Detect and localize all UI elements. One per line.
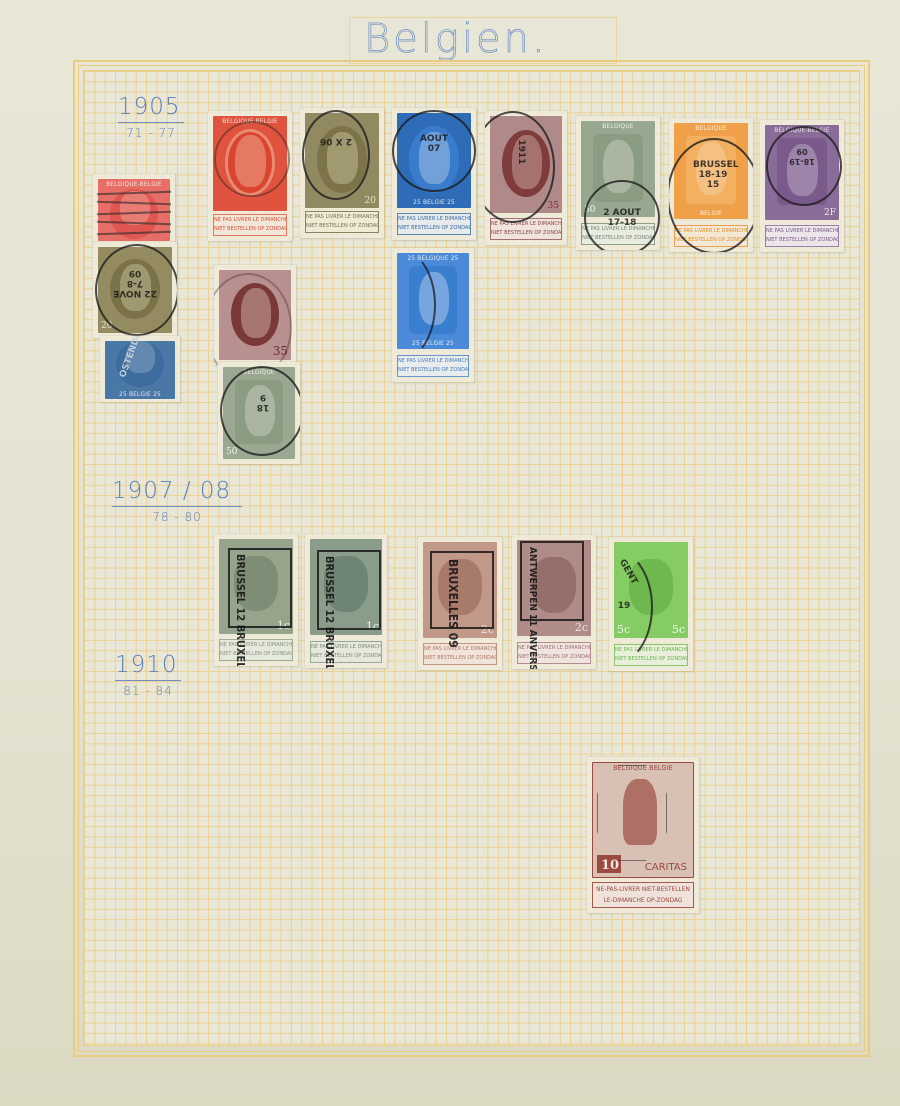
stamp-value: 5c (617, 623, 630, 636)
stamp-value: 10 (601, 858, 619, 873)
stamp-value: 2c (481, 623, 494, 636)
stamp-footer: BELGIE (674, 209, 748, 217)
stamp-value: 50 (584, 205, 595, 215)
section-range: 81 - 84 (115, 684, 181, 698)
stamp-tab: NE PAS LIVRER LE DIMANCHE NIET BESTELLEN… (490, 218, 562, 240)
stamp-tab: NE-PAS-LIVRER NIET-BESTELLEN LE-DIMANCHE… (592, 882, 694, 908)
tab-line-1: NE PAS LIVRER LE DIMANCHE (766, 228, 839, 234)
stamp-label: CARITAS (645, 862, 687, 873)
tab-line-1: NE PAS LIVRER LE DIMANCHE (582, 226, 655, 232)
king-head-icon (603, 140, 634, 193)
tab-line-1: NE PAS LIVRER LE DIMANCHE (675, 228, 748, 234)
tab-line-2: NIET BESTELLEN OP ZONDAG (398, 367, 469, 373)
stamp-1c-grey-green-a[interactable]: 1c NE PAS LIVRER LE DIMANCHE NIET BESTEL… (214, 534, 298, 666)
tab-line-1: NE PAS LIVRER LE DIMANCHE (306, 214, 379, 220)
stamp-value: 2c (575, 621, 588, 634)
tab-line-2: NIET BESTELLEN OP ZONDAG (398, 225, 471, 231)
tab-line-1: NE PAS LIVRER LE DIMANCHE (518, 645, 591, 651)
stamp-design: 35 (219, 270, 291, 360)
section-rule (112, 506, 242, 507)
page-title-box: Belgien. (349, 17, 617, 64)
section-label-1905: 1905 71 - 77 (118, 94, 184, 140)
tab-line-1: NE PAS LIVRER LE DIMANCHE (311, 644, 382, 650)
tab-line-2: NIET BESTELLEN OP ZONDAG (518, 654, 591, 660)
tab-line-1: NE PAS LIVRER LE DIMANCHE (491, 221, 562, 227)
stamp-header: 25 BELGIQUE 25 (397, 254, 469, 262)
stamp-header: BELGIQUE (223, 368, 295, 376)
tab-line-1: NE PAS LIVRER LE DIMANCHE (220, 642, 293, 648)
stamp-tab: NE PAS LIVRER LE DIMANCHE NIET BESTELLEN… (765, 225, 839, 247)
tab-line-2: LE-DIMANCHE OP-ZONDAG (604, 896, 683, 904)
section-label-1907-08: 1907 / 08 78 - 80 (112, 478, 242, 524)
tab-line-1: NE PAS LIVRER LE DIMANCHE (398, 358, 469, 364)
stamp-50c-grey[interactable]: BELGIQUE 50 NE PAS LIVRER LE DIMANCHE NI… (576, 116, 660, 250)
stamp-design: 35 (490, 116, 562, 213)
stamp-tab: NE PAS LIVRER LE DIMANCHE NIET BESTELLEN… (397, 355, 469, 377)
stamp-value: 35 (548, 201, 559, 211)
tab-line-2: NIET BESTELLEN OP ZONDAG (766, 237, 839, 243)
section-year: 1910 (115, 652, 181, 678)
stamp-header: BELGIQUE (674, 124, 748, 132)
stamp-design: 25 BELGIE 25 (397, 113, 471, 208)
stamp-5c-green[interactable]: 5c 5c NE PAS LIVRER LE DIMANCHE NIET BES… (609, 537, 693, 671)
stamp-20c-olive-no-tab[interactable]: 20 22 NOVE7-809 (93, 242, 177, 338)
stamp-design: BELGIQUE BELGIE (674, 123, 748, 219)
tab-line-2: NIET BESTELLEN OP ZONDAG (582, 235, 655, 241)
section-label-1910: 1910 81 - 84 (115, 652, 181, 698)
coat-of-arms-icon (234, 556, 278, 611)
stamp-header: BELGIQUE-BELGIE (98, 180, 170, 188)
stamp-10c-red-no-tab[interactable]: BELGIQUE-BELGIE (93, 174, 175, 244)
coat-of-arms-icon (324, 556, 367, 612)
section-year: 1907 / 08 (112, 478, 242, 504)
king-head-icon (120, 191, 150, 225)
stamp-tab: NE PAS LIVRER LE DIMANCHE NIET BESTELLEN… (310, 641, 382, 663)
tab-line-1: NE PAS LIVRER LE DIMANCHE (214, 217, 287, 223)
king-head-icon (235, 135, 266, 187)
stamp-value: 5c (672, 623, 685, 636)
tab-line-2: NIET BESTELLEN OP ZONDAG (311, 653, 382, 659)
stamp-10c-caritas[interactable]: BELGIQUE BELGIE 10 CARITAS NE-PAS-LIVRER… (587, 757, 699, 913)
king-head-icon (241, 288, 271, 338)
stamp-design: 5c 5c (614, 542, 688, 638)
stamp-design: 25 BELGIQUE 25 25 BELGIE 25 (397, 253, 469, 349)
coat-of-arms-icon (438, 559, 482, 615)
coat-of-arms-icon (629, 559, 673, 615)
stamp-25c-blue[interactable]: 25 BELGIE 25 NE PAS LIVRER LE DIMANCHE N… (392, 108, 476, 240)
tab-line-2: NIET BESTELLEN OP ZONDAG (424, 655, 497, 661)
king-head-icon (126, 341, 155, 373)
tab-line-2: NIET BESTELLEN OP ZONDAG (220, 651, 293, 657)
stamp-design: BELGIQUE 50 (581, 121, 655, 217)
stamp-1c-grey-green-b[interactable]: 1c NE PAS LIVRER LE DIMANCHE NIET BESTEL… (305, 534, 387, 668)
stamp-2c-brown-b[interactable]: 2c NE PAS LIVRER LE DIMANCHE NIET BESTEL… (512, 535, 596, 669)
section-range: 78 - 80 (112, 510, 242, 524)
section-year: 1905 (118, 94, 184, 120)
king-head-icon (696, 142, 727, 195)
stamp-1f-orange[interactable]: BELGIQUE BELGIE NE PAS LIVRER LE DIMANCH… (669, 118, 753, 252)
king-head-icon (512, 135, 542, 188)
stamp-tab: NE PAS LIVRER LE DIMANCHE NIET BESTELLEN… (614, 644, 688, 666)
stamp-design: BELGIQUE-BELGIE (98, 179, 170, 241)
section-range: 71 - 77 (118, 126, 184, 140)
stamp-design: 1c (310, 539, 382, 635)
stamp-10c-red[interactable]: BELGIQUE-BELGIE NE PAS LIVRER LE DIMANCH… (208, 111, 292, 241)
stamp-50c-grey-no-tab[interactable]: BELGIQUE 50 189 (218, 362, 300, 464)
stamp-35c-brown-no-tab[interactable]: 35 (214, 265, 296, 365)
tab-line-1: NE PAS LIVRER LE DIMANCHE (398, 216, 471, 222)
stamp-footer: 25 BELGIE 25 (105, 390, 175, 398)
stamp-header: BELGIQUE-BELGIE (765, 126, 839, 134)
stamp-design: 2c (517, 540, 591, 636)
stamp-value: 1c (277, 619, 290, 632)
stamp-35c-brown[interactable]: 35 NE PAS LIVRER LE DIMANCHE NIET BESTEL… (485, 111, 567, 245)
stamp-25c-blue-no-tab[interactable]: 25 BELGIE 25 OSTENDE (100, 336, 180, 402)
king-head-icon (419, 132, 450, 184)
stamp-header: BELGIQUE (581, 122, 655, 130)
stamp-design: 20 (98, 247, 172, 333)
stamp-tab: NE PAS LIVRER LE DIMANCHE NIET BESTELLEN… (219, 639, 293, 661)
stamp-tab: NE PAS LIVRER LE DIMANCHE NIET BESTELLEN… (397, 213, 471, 235)
tab-line-2: NIET BESTELLEN OP ZONDAG (491, 230, 562, 236)
stamp-tab: NE PAS LIVRER LE DIMANCHE NIET BESTELLEN… (213, 214, 287, 236)
stamp-tab: NE PAS LIVRER LE DIMANCHE NIET BESTELLEN… (305, 211, 379, 233)
king-head-icon (120, 264, 151, 311)
stamp-value: 50 (226, 447, 237, 457)
stamp-design: 2c (423, 542, 497, 638)
king-head-icon (419, 272, 449, 325)
stamp-value: 20 (365, 196, 376, 206)
tab-line-1: NE-PAS-LIVRER NIET-BESTELLEN (596, 885, 690, 893)
stamp-value: 35 (273, 344, 288, 358)
stamp-value: 1c (366, 620, 379, 633)
stamp-footer: 25 BELGIE 25 (397, 198, 471, 206)
stamp-header: BELGIQUE-BELGIE (213, 117, 287, 125)
stamp-design: 20 (305, 113, 379, 208)
stamp-20c-olive[interactable]: 20 NE PAS LIVRER LE DIMANCHE NIET BESTEL… (300, 108, 384, 238)
stamp-2c-brown-a[interactable]: 2c NE PAS LIVRER LE DIMANCHE NIET BESTEL… (418, 537, 502, 670)
stamp-25c-blue-2[interactable]: 25 BELGIQUE 25 25 BELGIE 25 NE PAS LIVRE… (392, 248, 474, 382)
tab-line-1: NE PAS LIVRER LE DIMANCHE (615, 647, 688, 653)
king-head-icon (327, 132, 358, 184)
stamp-design: BELGIQUE 50 (223, 367, 295, 459)
stamp-design: 25 BELGIE 25 (105, 341, 175, 399)
stamp-tab: NE PAS LIVRER LE DIMANCHE NIET BESTELLEN… (517, 642, 591, 664)
stamp-design: BELGIQUE-BELGIE 2F (765, 125, 839, 220)
postmark-octagon (597, 765, 667, 861)
section-rule (118, 122, 184, 123)
tab-line-2: NIET BESTELLEN OP ZONDAG (615, 656, 688, 662)
king-head-icon (787, 144, 818, 196)
stamp-2f-violet[interactable]: BELGIQUE-BELGIE 2F NE PAS LIVRER LE DIMA… (760, 120, 844, 252)
stamp-footer: 25 BELGIE 25 (397, 339, 469, 347)
stamp-tab: NE PAS LIVRER LE DIMANCHE NIET BESTELLEN… (423, 643, 497, 665)
tab-line-2: NIET BESTELLEN OP ZONDAG (214, 226, 287, 232)
section-rule (115, 680, 181, 681)
stamp-tab: NE PAS LIVRER LE DIMANCHE NIET BESTELLEN… (581, 223, 655, 245)
page-title: Belgien. (364, 16, 548, 62)
tab-line-2: NIET BESTELLEN OP ZONDAG (675, 237, 748, 243)
stamp-value: 20 (101, 321, 112, 331)
king-head-icon (245, 385, 275, 436)
stamp-design: BELGIQUE-BELGIE (213, 116, 287, 211)
tab-line-2: NIET BESTELLEN OP ZONDAG (306, 223, 379, 229)
coat-of-arms-icon (532, 557, 576, 613)
tab-line-1: NE PAS LIVRER LE DIMANCHE (424, 646, 497, 652)
stamp-tab: NE PAS LIVRER LE DIMANCHE NIET BESTELLEN… (674, 225, 748, 247)
stamp-design: 1c (219, 539, 293, 634)
stamp-value: 2F (824, 208, 836, 218)
